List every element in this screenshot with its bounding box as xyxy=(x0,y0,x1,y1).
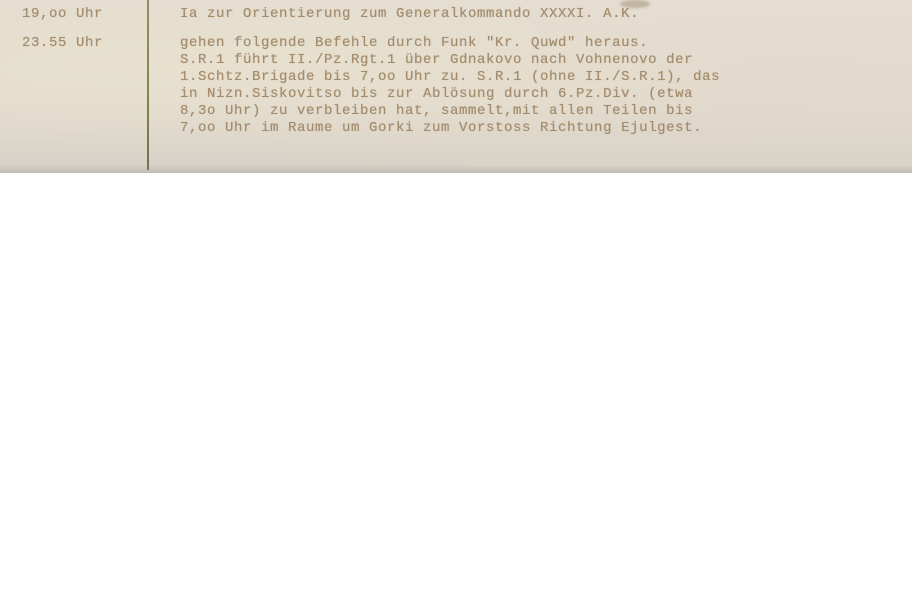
text-line: Ia zur Orientierung zum Generalkommando … xyxy=(180,6,900,23)
text-line: S.R.1 führt II./Pz.Rgt.1 über Gdnakovo n… xyxy=(180,52,900,69)
text-line: 7,oo Uhr im Raume um Gorki zum Vorstoss … xyxy=(180,120,900,137)
text-line: in Nizn.Siskovitso bis zur Ablösung durc… xyxy=(180,86,900,103)
time-entry: 19,oo Uhr xyxy=(22,6,142,23)
text-line: gehen folgende Befehle durch Funk "Kr. Q… xyxy=(180,35,900,52)
text-line: 1.Schtz.Brigade bis 7,oo Uhr zu. S.R.1 (… xyxy=(180,69,900,86)
column-divider xyxy=(147,0,149,170)
time-column: 19,oo Uhr 23.55 Uhr xyxy=(22,6,142,52)
text-column: Ia zur Orientierung zum Generalkommando … xyxy=(180,6,900,137)
time-entry: 23.55 Uhr xyxy=(22,35,142,52)
text-line: 8,3o Uhr) zu verbleiben hat, sammelt,mit… xyxy=(180,103,900,120)
document-scan: 19,oo Uhr 23.55 Uhr Ia zur Orientierung … xyxy=(0,0,912,173)
